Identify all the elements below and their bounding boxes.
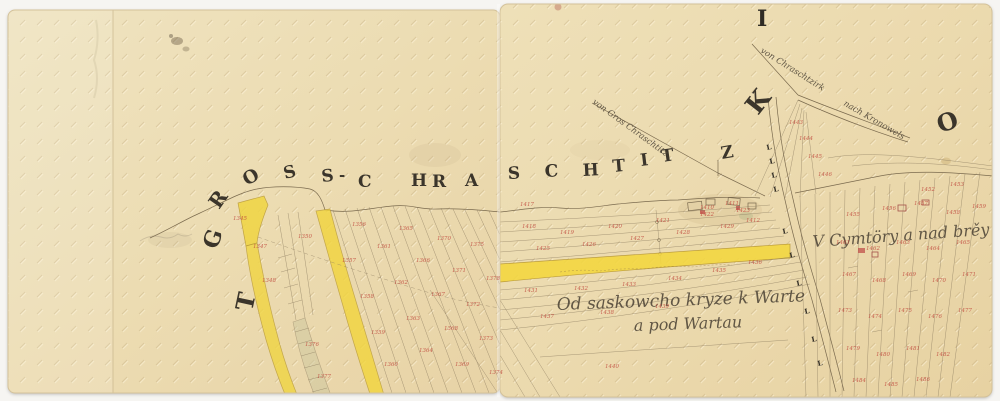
parcel-number: 1420 <box>608 224 622 230</box>
parcel-number: 1437 <box>540 314 554 320</box>
parcel-number: 1356 <box>352 222 366 228</box>
parcel-number: 1481 <box>906 346 920 352</box>
parcel-number: 1455 <box>846 212 860 218</box>
parcel-number: 1350 <box>298 234 312 240</box>
sheet-numeral: I <box>757 6 767 32</box>
parcel-number: 1427 <box>630 236 644 242</box>
parcel-number: 1418 <box>522 224 536 230</box>
parcel-number: 1358 <box>360 294 374 300</box>
parcel-number: 1425 <box>536 246 550 252</box>
parcel-number: 1371 <box>452 268 466 274</box>
parcel-number: 1360 <box>384 362 398 368</box>
parcel-number: 1458 <box>946 210 960 216</box>
parcel-number: 1436 <box>748 260 762 266</box>
map-letter: R <box>432 172 447 192</box>
parcel-number: 1464 <box>926 246 940 252</box>
parcel-number: 1486 <box>916 377 930 383</box>
parcel-number: 1435 <box>712 268 726 274</box>
parcel-number: 1375 <box>470 242 484 248</box>
parcel-number: 1369 <box>455 362 469 368</box>
parcel-number: 1473 <box>838 308 852 314</box>
parcel-number: 1422 <box>700 212 714 218</box>
parcel-number: 1438 <box>600 310 614 316</box>
parcel-number: 1452 <box>921 187 935 193</box>
parcel-number: 1475 <box>898 308 912 314</box>
map-letter: S <box>507 164 520 184</box>
cadastral-map-scan: TGROSS-CHRASCHTITZKO von Chraschtzirknac… <box>0 0 1000 401</box>
parcel-number: 1376 <box>305 342 319 348</box>
parcel-number: 1468 <box>872 278 886 284</box>
parcel-number: 1426 <box>582 242 596 248</box>
map-letter: - <box>339 166 345 184</box>
parcel-number: 1373 <box>479 336 493 342</box>
parcel-number: 1456 <box>882 206 896 212</box>
parcel-number: 1372 <box>466 302 480 308</box>
parcel-number: 1462 <box>866 246 880 252</box>
parcel-number: 1410 <box>700 205 714 211</box>
map-letter: A <box>464 171 479 191</box>
parcel-number: 1411 <box>725 201 739 207</box>
parcel-number: 1479 <box>846 346 860 352</box>
left-sheet <box>8 10 500 399</box>
parcel-number: 1485 <box>884 382 898 388</box>
map-letter: C <box>544 161 559 182</box>
parcel-number: 1474 <box>868 314 882 320</box>
parcel-number: 1457 <box>914 201 928 207</box>
parcel-number: 1445 <box>808 154 822 160</box>
parcel-number: 1374 <box>489 370 503 376</box>
parcel-number: 1412 <box>746 218 760 224</box>
parcel-number: 1471 <box>962 272 976 278</box>
parcel-number: 1421 <box>656 218 670 224</box>
parcel-number: 1366 <box>416 258 430 264</box>
map-letter: H <box>411 171 427 191</box>
sheet-fold-margin <box>8 10 113 393</box>
parcel-number: 1345 <box>233 216 247 222</box>
parcel-number: 1440 <box>605 364 619 370</box>
parcel-number: 1469 <box>902 272 916 278</box>
parcel-number: 1482 <box>936 352 950 358</box>
parcel-number: 1378 <box>486 276 500 282</box>
map-letter: C <box>358 172 372 192</box>
parcel-number: 1453 <box>950 182 964 188</box>
parcel-number: 1477 <box>958 308 972 314</box>
parcel-number: 1476 <box>928 314 942 320</box>
parcel-number: 1439 <box>655 304 669 310</box>
parcel-number: 1347 <box>253 244 267 250</box>
parcel-number: 1428 <box>676 230 690 236</box>
parcel-number: 1431 <box>524 288 538 294</box>
parcel-number: 1480 <box>876 352 890 358</box>
parcel-number: 1470 <box>932 278 946 284</box>
parcel-number: 1368 <box>444 326 458 332</box>
parcel-number: 1363 <box>406 316 420 322</box>
sheet-seam <box>497 4 500 397</box>
parcel-number: 1444 <box>799 136 813 142</box>
parcel-number: 1446 <box>818 172 832 178</box>
parcel-number: 1417 <box>520 202 534 208</box>
parcel-number: 1443 <box>789 120 803 126</box>
parcel-number: 1370 <box>437 236 451 242</box>
map-letter: T <box>612 156 627 177</box>
parcel-number: 1484 <box>852 378 866 384</box>
parcel-number: 1419 <box>560 230 574 236</box>
map-letter: H <box>582 160 599 181</box>
parcel-number: 1361 <box>377 244 391 250</box>
parcel-number: 1432 <box>574 286 588 292</box>
parcel-number: 1429 <box>720 224 734 230</box>
parcel-number: 1467 <box>842 272 856 278</box>
parcel-number: 1465 <box>956 240 970 246</box>
parcel-number: 1463 <box>896 240 910 246</box>
parcel-number: 1433 <box>622 282 636 288</box>
parcel-number: 1459 <box>972 204 986 210</box>
parcel-number: 1461 <box>836 240 850 246</box>
parcel-number: 1348 <box>262 278 276 284</box>
parcel-number: 1364 <box>419 348 433 354</box>
parcel-number: 1357 <box>342 258 356 264</box>
parcel-number: 1434 <box>668 276 682 282</box>
parcel-number: 1365 <box>399 226 413 232</box>
parcel-number: 1377 <box>317 374 331 380</box>
parcel-number: 1423 <box>736 208 750 214</box>
parcel-number: 1367 <box>431 292 445 298</box>
map-letter: S <box>320 166 334 187</box>
annotation: a pod Wartau <box>633 312 742 335</box>
parcel-number: 1362 <box>394 280 408 286</box>
parcel-number: 1359 <box>371 330 385 336</box>
